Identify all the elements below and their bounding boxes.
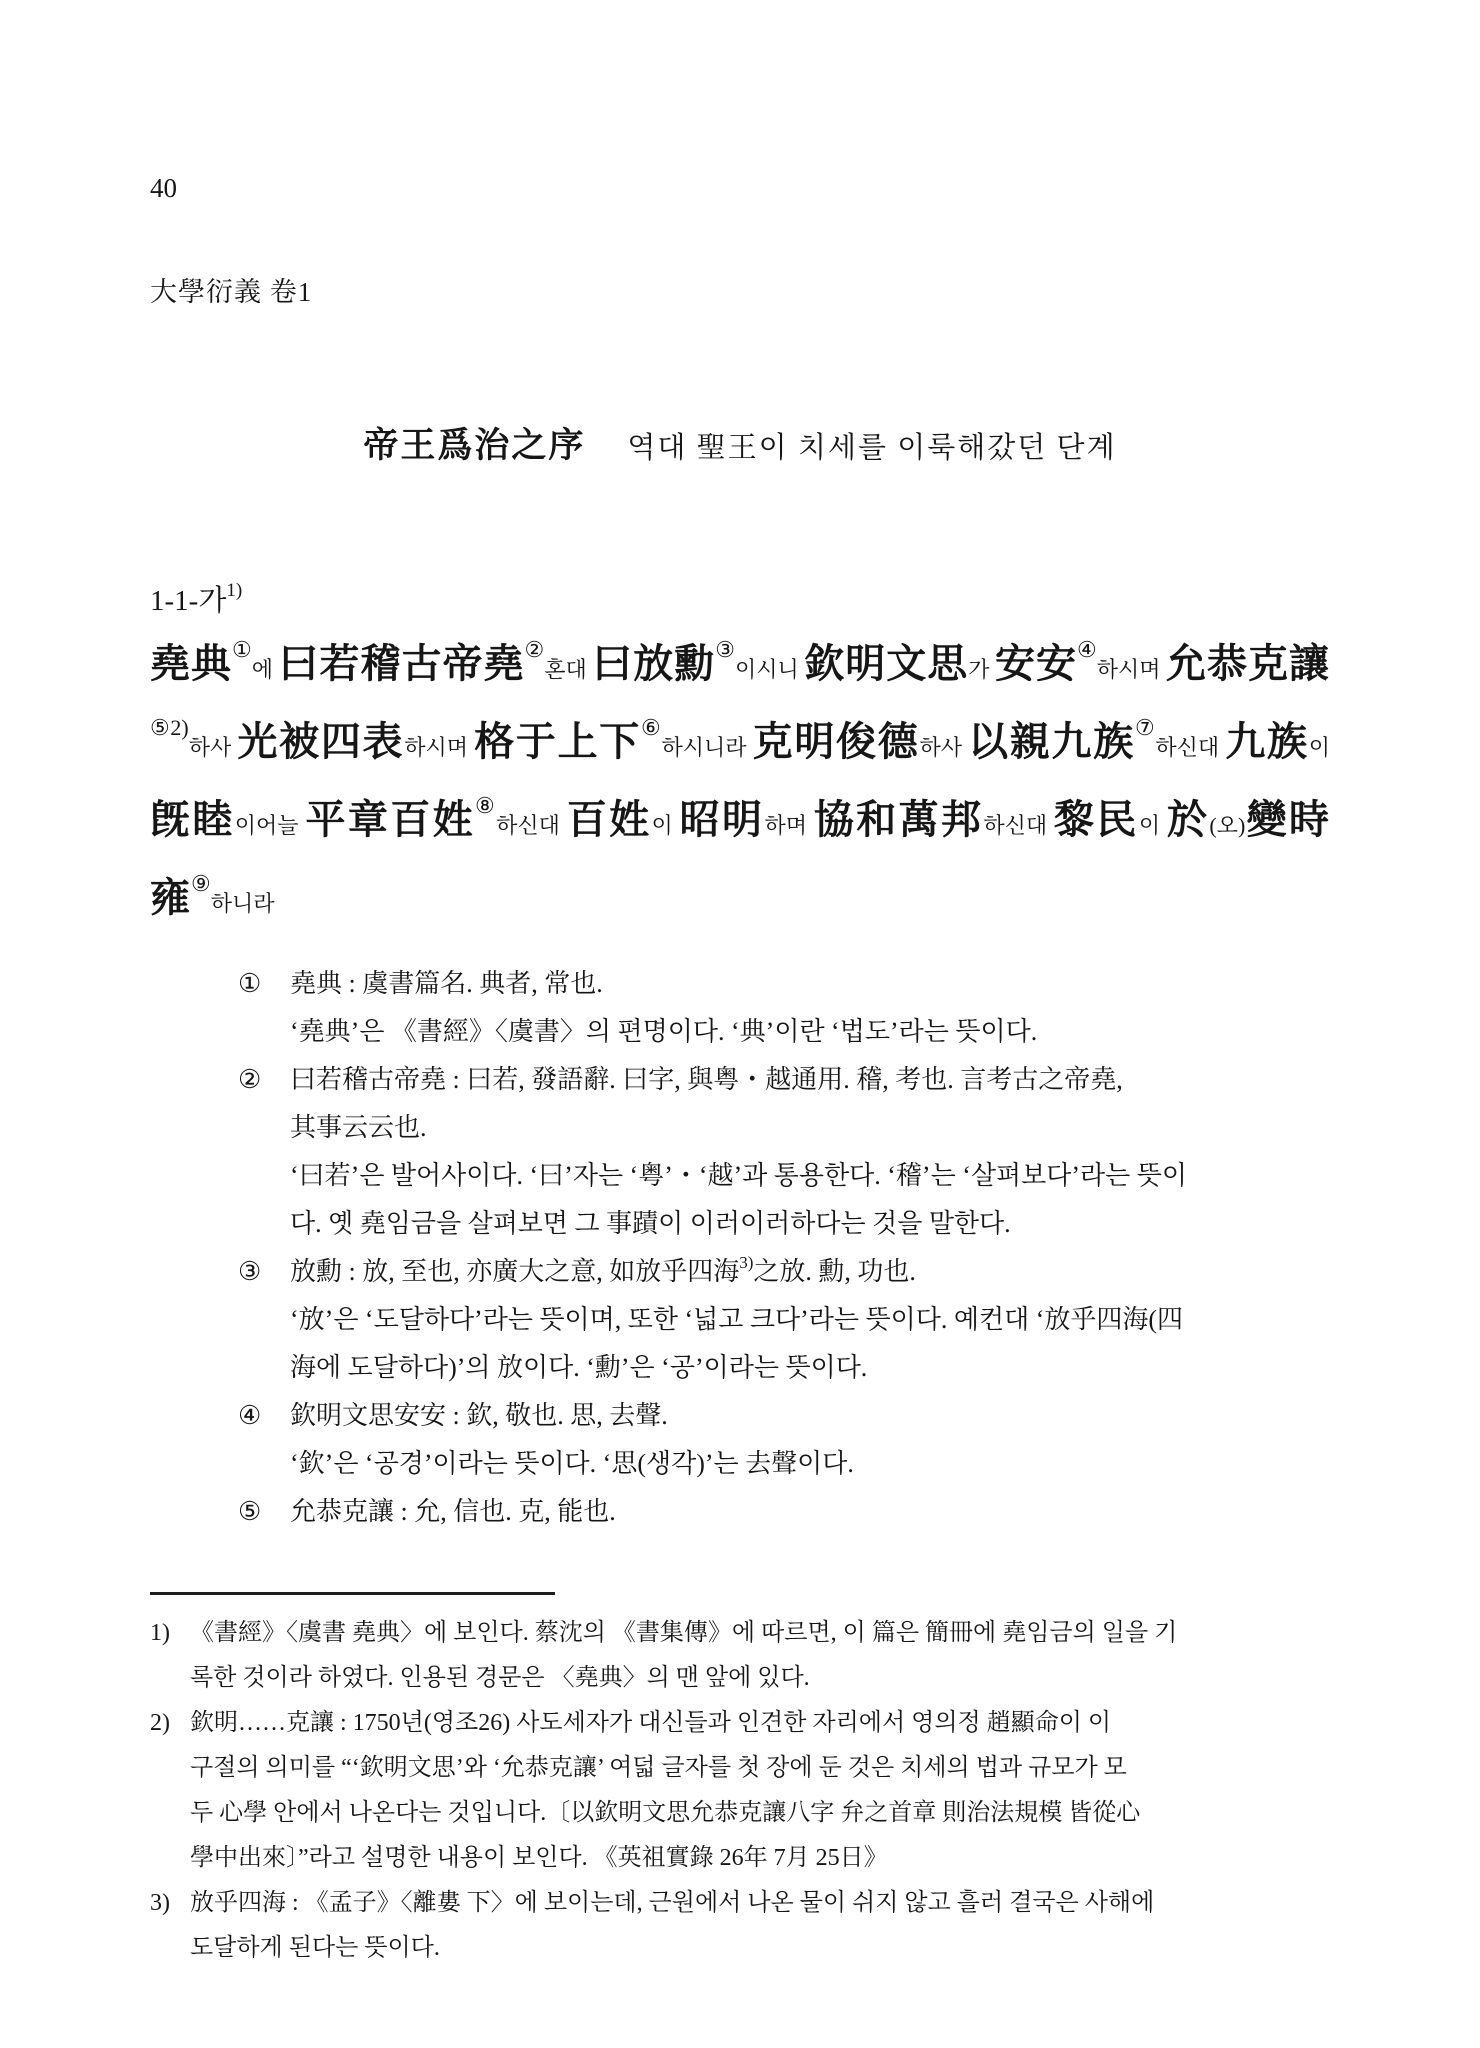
annotation-line: 다. 옛 堯임금을 살펴보면 그 事蹟이 이러이러하다는 것을 말한다. bbox=[290, 1200, 1330, 1248]
korean-gloss-text: 하신대 bbox=[983, 813, 1054, 838]
korean-gloss-text: 하사 bbox=[189, 735, 238, 760]
hanja-text: 克明俊德 bbox=[753, 719, 920, 764]
footnote-line: 록한 것이라 하였다. 인용된 경문은 〈堯典〉의 맨 앞에 있다. bbox=[190, 1656, 1330, 1701]
body-text: 다. 옛 堯임금을 살펴보면 그 事蹟이 이러이러하다는 것을 말한다. bbox=[290, 1209, 1011, 1238]
hanja-text: 百姓 bbox=[567, 797, 652, 842]
footnote-line: 學中出來〕”라고 설명한 내용이 보인다. 《英祖實錄 26年 7月 25日》 bbox=[190, 1836, 1330, 1881]
page-number: 40 bbox=[150, 0, 1330, 204]
superscript-marker: 3) bbox=[739, 1253, 753, 1272]
section-heading: 1-1-가1) bbox=[150, 584, 1330, 618]
book-page: 40 大學衍義 卷1 帝王爲治之序역대 聖王이 치세를 이룩해갔던 단계 1-1… bbox=[0, 0, 1480, 2048]
footnote-marker: 2) bbox=[150, 1701, 190, 1746]
korean-gloss-text: 하시며 bbox=[404, 735, 474, 760]
korean-gloss-text: 하신대 bbox=[1155, 735, 1225, 760]
annotation-line: 堯典 : 虞書篇名. 典者, 常也. bbox=[290, 960, 1330, 1008]
body-text: 之放. 勳, 功也. bbox=[753, 1257, 916, 1286]
korean-gloss-text: (오) bbox=[1209, 813, 1245, 838]
superscript-marker: ⑤2) bbox=[150, 715, 189, 740]
hanja-text: 光被四表 bbox=[237, 719, 404, 764]
body-text: 海에 도달하다)’의 放이다. ‘勳’은 ‘공’이라는 뜻이다. bbox=[290, 1353, 867, 1382]
korean-gloss-text: 혼대 bbox=[544, 657, 592, 682]
korean-gloss-text: 하사 bbox=[919, 735, 968, 760]
footnote-body: 《書經》〈虞書 堯典〉에 보인다. 蔡沈의 《書集傳》에 따르면, 이 篇은 簡… bbox=[190, 1611, 1330, 1701]
annotation-line: ‘曰若’은 발어사이다. ‘曰’자는 ‘粤’・‘越’과 통용한다. ‘稽’는 ‘… bbox=[290, 1152, 1330, 1200]
body-text: 欽明文思安安 : 欽, 敬也. 思, 去聲. bbox=[290, 1401, 668, 1430]
hanja-text: 曰若稽古帝堯 bbox=[279, 641, 525, 686]
korean-gloss-text: 하며 bbox=[764, 813, 813, 838]
superscript-marker: ⑥ bbox=[641, 715, 661, 740]
annotation-marker: ① bbox=[238, 960, 290, 1008]
annotation-item: ② 曰若稽古帝堯 : 曰若, 發語辭. 曰字, 與粤・越通用. 稽, 考也. 言… bbox=[238, 1056, 1330, 1248]
korean-gloss-text: 하신대 bbox=[496, 813, 567, 838]
chapter-title: 帝王爲治之序역대 聖王이 치세를 이룩해갔던 단계 bbox=[150, 418, 1330, 468]
annotation-body: 欽明文思安安 : 欽, 敬也. 思, 去聲. ‘欽’은 ‘공경’이라는 뜻이다.… bbox=[290, 1392, 1330, 1488]
section-footnote-ref: 1) bbox=[226, 580, 242, 601]
footnote-separator bbox=[150, 1592, 555, 1595]
body-text: 允恭克讓 : 允, 信也. 克, 能也. bbox=[290, 1497, 616, 1526]
superscript-marker: ⑧ bbox=[475, 793, 496, 818]
annotation-line: 欽明文思安安 : 欽, 敬也. 思, 去聲. bbox=[290, 1392, 1330, 1440]
superscript-marker: ③ bbox=[715, 637, 735, 662]
hanja-text: 格于上下 bbox=[474, 719, 641, 764]
annotation-line: 海에 도달하다)’의 放이다. ‘勳’은 ‘공’이라는 뜻이다. bbox=[290, 1344, 1330, 1392]
korean-gloss-text: 이 bbox=[1309, 735, 1330, 760]
footnote-line: 放乎四海 : 《孟子》〈離婁 下〉에 보이는데, 근원에서 나온 물이 쉬지 않… bbox=[190, 1881, 1330, 1926]
annotation-line: 允恭克讓 : 允, 信也. 克, 能也. bbox=[290, 1488, 1330, 1536]
annotation-list: ① 堯典 : 虞書篇名. 典者, 常也. ‘堯典’은 《書經》〈虞書〉의 편명이… bbox=[150, 960, 1330, 1536]
hanja-text: 九族 bbox=[1225, 719, 1308, 764]
hanja-text: 堯典 bbox=[150, 641, 232, 686]
annotation-line: 其事云云也. bbox=[290, 1104, 1330, 1152]
footnote-item: 2) 欽明……克讓 : 1750년(영조26) 사도세자가 대신들과 인견한 자… bbox=[150, 1701, 1330, 1881]
body-text: 曰若稽古帝堯 : 曰若, 發語辭. 曰字, 與粤・越通用. 稽, 考也. 言考古… bbox=[290, 1065, 1123, 1094]
annotation-line: ‘放’은 ‘도달하다’라는 뜻이며, 또한 ‘넓고 크다’라는 뜻이다. 예컨대… bbox=[290, 1296, 1330, 1344]
footnote-line: 《書經》〈虞書 堯典〉에 보인다. 蔡沈의 《書集傳》에 따르면, 이 篇은 簡… bbox=[190, 1611, 1330, 1656]
chapter-title-korean: 역대 聖王이 치세를 이룩해갔던 단계 bbox=[627, 432, 1116, 464]
annotation-item: ① 堯典 : 虞書篇名. 典者, 常也. ‘堯典’은 《書經》〈虞書〉의 편명이… bbox=[238, 960, 1330, 1056]
footnote-body: 放乎四海 : 《孟子》〈離婁 下〉에 보이는데, 근원에서 나온 물이 쉬지 않… bbox=[190, 1881, 1330, 1971]
korean-gloss-text: 이어늘 bbox=[235, 813, 306, 838]
footnote-line: 도달하게 된다는 뜻이다. bbox=[190, 1926, 1330, 1971]
annotation-line: 放勳 : 放, 至也, 亦廣大之意, 如放乎四海3)之放. 勳, 功也. bbox=[290, 1248, 1330, 1296]
footnote-item: 1) 《書經》〈虞書 堯典〉에 보인다. 蔡沈의 《書集傳》에 따르면, 이 篇… bbox=[150, 1611, 1330, 1701]
superscript-marker: ② bbox=[525, 637, 545, 662]
korean-gloss-text: 에 bbox=[252, 657, 279, 682]
korean-gloss-text: 하시니라 bbox=[661, 735, 752, 760]
hanja-text: 欽明文思 bbox=[804, 641, 968, 686]
annotation-item: ④ 欽明文思安安 : 欽, 敬也. 思, 去聲. ‘欽’은 ‘공경’이라는 뜻이… bbox=[238, 1392, 1330, 1488]
korean-gloss-text: 이시니 bbox=[735, 657, 804, 682]
body-text: ‘曰若’은 발어사이다. ‘曰’자는 ‘粤’・‘越’과 통용한다. ‘稽’는 ‘… bbox=[290, 1161, 1187, 1190]
hanja-text: 昭明 bbox=[680, 797, 765, 842]
hanja-text: 旣睦 bbox=[150, 797, 235, 842]
hanja-text: 以親九族 bbox=[968, 719, 1135, 764]
annotation-body: 曰若稽古帝堯 : 曰若, 發語辭. 曰字, 與粤・越通用. 稽, 考也. 言考古… bbox=[290, 1056, 1330, 1248]
running-header: 大學衍義 卷1 bbox=[150, 276, 1330, 308]
body-text: 放勳 : 放, 至也, 亦廣大之意, 如放乎四海 bbox=[290, 1257, 739, 1286]
body-text: ‘放’은 ‘도달하다’라는 뜻이며, 또한 ‘넓고 크다’라는 뜻이다. 예컨대… bbox=[290, 1305, 1183, 1334]
body-text: ‘堯典’은 《書經》〈虞書〉의 편명이다. ‘典’이란 ‘법도’라는 뜻이다. bbox=[290, 1017, 1037, 1046]
footnote-marker: 3) bbox=[150, 1881, 190, 1926]
page-content: 40 大學衍義 卷1 帝王爲治之序역대 聖王이 치세를 이룩해갔던 단계 1-1… bbox=[0, 0, 1480, 1536]
annotation-line: 曰若稽古帝堯 : 曰若, 發語辭. 曰字, 與粤・越通用. 稽, 考也. 言考古… bbox=[290, 1056, 1330, 1104]
hanja-text: 黎民 bbox=[1054, 797, 1139, 842]
footnote-item: 3) 放乎四海 : 《孟子》〈離婁 下〉에 보이는데, 근원에서 나온 물이 쉬… bbox=[150, 1881, 1330, 1971]
korean-gloss-text: 하니라 bbox=[211, 891, 275, 916]
annotation-line: ‘堯典’은 《書經》〈虞書〉의 편명이다. ‘典’이란 ‘법도’라는 뜻이다. bbox=[290, 1008, 1330, 1056]
body-text: 堯典 : 虞書篇名. 典者, 常也. bbox=[290, 969, 603, 998]
korean-gloss-text: 가 bbox=[968, 657, 995, 682]
annotation-body: 放勳 : 放, 至也, 亦廣大之意, 如放乎四海3)之放. 勳, 功也. ‘放’… bbox=[290, 1248, 1330, 1392]
hanja-text: 平章百姓 bbox=[305, 797, 475, 842]
hanja-text: 允恭克讓 bbox=[1166, 641, 1330, 686]
annotation-item: ⑤ 允恭克讓 : 允, 信也. 克, 能也. bbox=[238, 1488, 1330, 1536]
section-label: 1-1-가 bbox=[150, 585, 226, 617]
hanja-text: 安安 bbox=[995, 641, 1077, 686]
superscript-marker: ④ bbox=[1077, 637, 1097, 662]
annotation-item: ③ 放勳 : 放, 至也, 亦廣大之意, 如放乎四海3)之放. 勳, 功也. ‘… bbox=[238, 1248, 1330, 1392]
superscript-marker: ⑨ bbox=[191, 871, 211, 896]
footnote-body: 欽明……克讓 : 1750년(영조26) 사도세자가 대신들과 인견한 자리에서… bbox=[190, 1701, 1330, 1881]
footnote-list: 1) 《書經》〈虞書 堯典〉에 보인다. 蔡沈의 《書集傳》에 따르면, 이 篇… bbox=[150, 1611, 1330, 1971]
annotation-marker: ② bbox=[238, 1056, 290, 1104]
superscript-marker: ① bbox=[232, 637, 252, 662]
annotation-line: ‘欽’은 ‘공경’이라는 뜻이다. ‘思(생각)’는 去聲이다. bbox=[290, 1440, 1330, 1488]
quote-paragraph: 堯典①에 曰若稽古帝堯②혼대 曰放勳③이시니 欽明文思가 安安④하시며 允恭克讓… bbox=[150, 628, 1330, 940]
chapter-title-hanja: 帝王爲治之序 bbox=[363, 426, 585, 465]
footnote-marker: 1) bbox=[150, 1611, 190, 1656]
annotation-body: 堯典 : 虞書篇名. 典者, 常也. ‘堯典’은 《書經》〈虞書〉의 편명이다.… bbox=[290, 960, 1330, 1056]
footnote-line: 欽明……克讓 : 1750년(영조26) 사도세자가 대신들과 인견한 자리에서… bbox=[190, 1701, 1330, 1746]
hanja-text: 曰放勳 bbox=[592, 641, 715, 686]
hanja-text: 協和萬邦 bbox=[814, 797, 984, 842]
korean-gloss-text: 이 bbox=[652, 813, 680, 838]
body-text: 其事云云也. bbox=[290, 1113, 427, 1142]
hanja-text: 於 bbox=[1167, 797, 1209, 842]
korean-gloss-text: 이 bbox=[1139, 813, 1167, 838]
korean-gloss-text: 하시며 bbox=[1097, 657, 1166, 682]
footnote-line: 구절의 의미를 “‘欽明文思’와 ‘允恭克讓’ 여덟 글자를 첫 장에 둔 것은… bbox=[190, 1746, 1330, 1791]
body-text: ‘欽’은 ‘공경’이라는 뜻이다. ‘思(생각)’는 去聲이다. bbox=[290, 1449, 854, 1478]
annotation-marker: ③ bbox=[238, 1248, 290, 1296]
annotation-marker: ④ bbox=[238, 1392, 290, 1440]
annotation-marker: ⑤ bbox=[238, 1488, 290, 1536]
annotation-body: 允恭克讓 : 允, 信也. 克, 能也. bbox=[290, 1488, 1330, 1536]
superscript-marker: ⑦ bbox=[1135, 715, 1155, 740]
footnote-line: 두 心學 안에서 나온다는 것입니다.〔以欽明文思允恭克讓八字 弁之首章 則治法… bbox=[190, 1791, 1330, 1836]
